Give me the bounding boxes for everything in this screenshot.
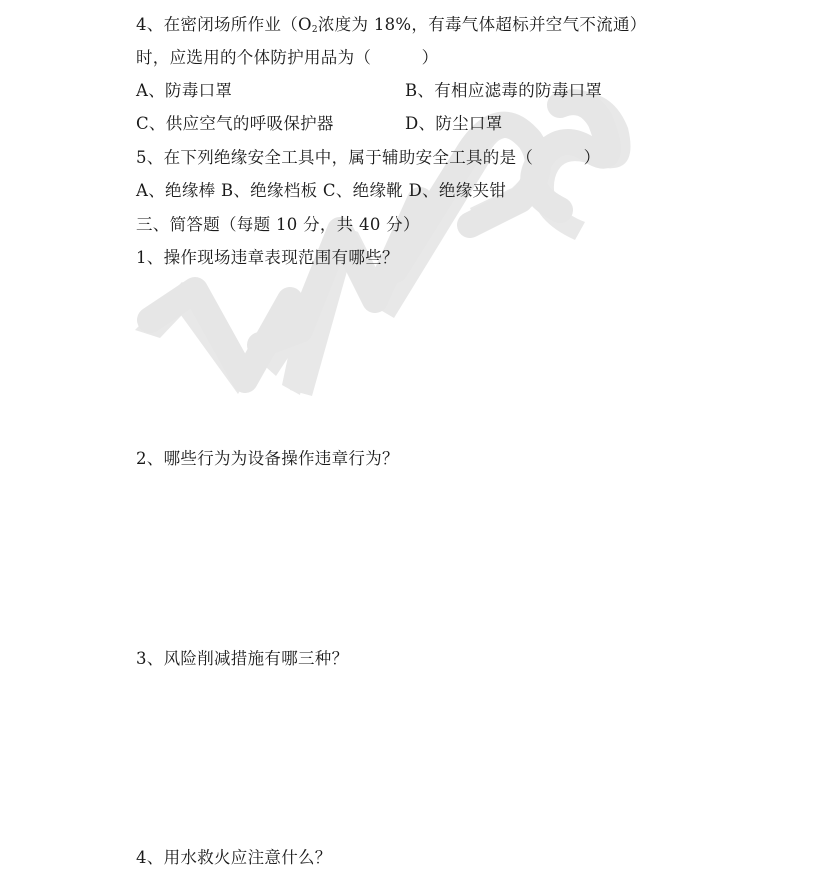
question-5-stem: 5、在下列绝缘安全工具中，属于辅助安全工具的是（ ） bbox=[136, 146, 600, 170]
short-answer-question-3: 3、风险削减措施有哪三种？ bbox=[136, 647, 348, 671]
question-4-stem-line1: 4、在密闭场所作业（O2浓度为 18%，有毒气体超标并空气不流通） bbox=[136, 13, 647, 37]
question-text: 在下列绝缘安全工具中，属于辅助安全工具的是（ ） bbox=[164, 148, 601, 167]
short-answer-question-1: 1、操作现场违章表现范围有哪些？ bbox=[136, 246, 399, 270]
question-4-option-a: A、防毒口罩 bbox=[136, 79, 232, 103]
question-number: 5、 bbox=[136, 148, 164, 167]
document-page: 4、在密闭场所作业（O2浓度为 18%，有毒气体超标并空气不流通） 时，应选用的… bbox=[0, 0, 823, 882]
question-4-option-d: D、防尘口罩 bbox=[405, 112, 503, 136]
question-4-stem-line2: 时，应选用的个体防护用品为（ ） bbox=[136, 46, 438, 70]
short-answer-question-2: 2、哪些行为为设备操作违章行为？ bbox=[136, 447, 399, 471]
question-5-options: A、绝缘棒 B、绝缘档板 C、绝缘靴 D、绝缘夹钳 bbox=[136, 179, 506, 203]
short-answer-question-4: 4、用水救火应注意什么？ bbox=[136, 846, 332, 870]
question-number: 4、 bbox=[136, 15, 164, 34]
section-3-heading: 三、简答题（每题 10 分，共 40 分） bbox=[136, 213, 420, 237]
question-4-option-c: C、供应空气的呼吸保护器 bbox=[136, 112, 334, 136]
question-text: 在密闭场所作业（O bbox=[164, 15, 312, 34]
question-4-option-b: B、有相应滤毒的防毒口罩 bbox=[405, 79, 602, 103]
question-text: 浓度为 18%，有毒气体超标并空气不流通） bbox=[318, 15, 647, 34]
